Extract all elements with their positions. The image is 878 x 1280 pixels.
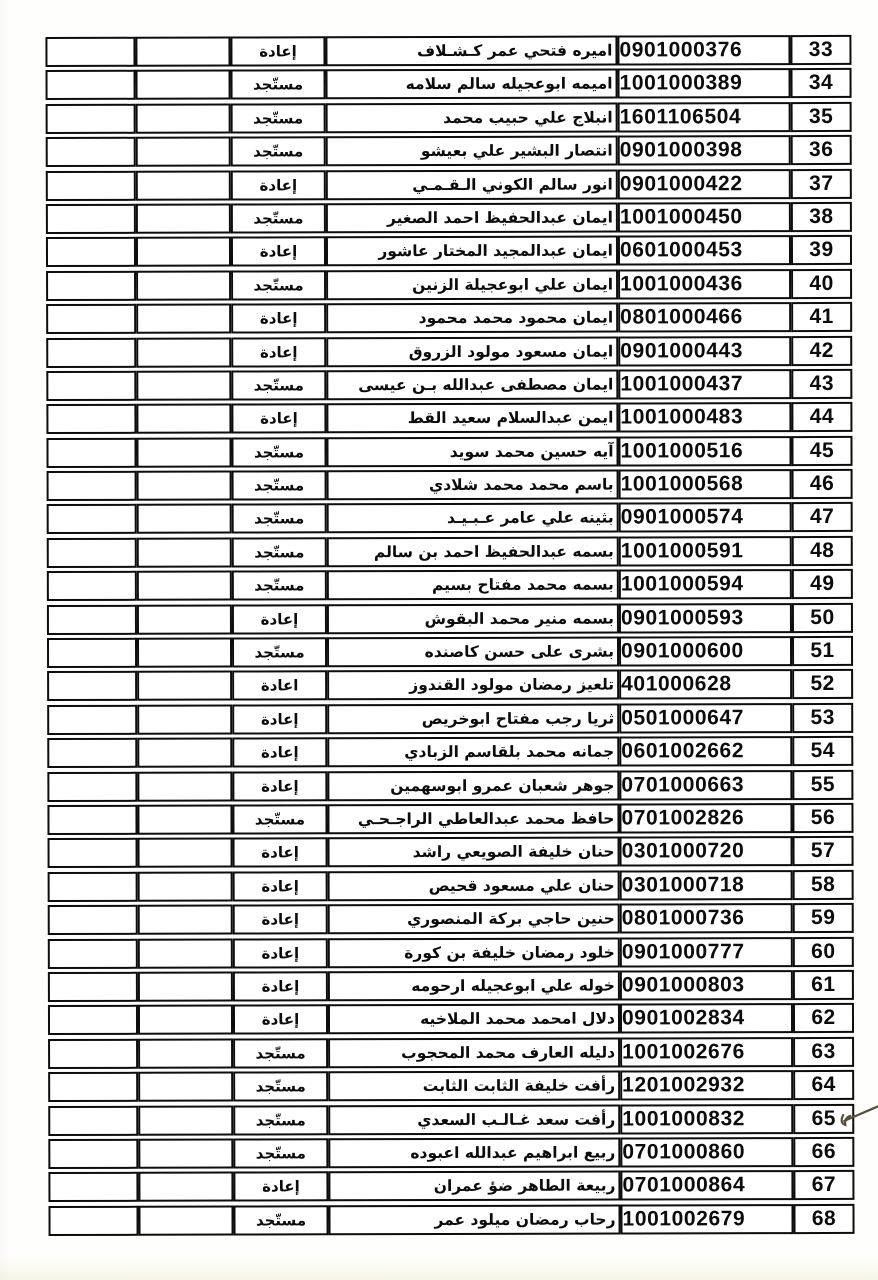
empty-cell <box>47 805 137 835</box>
status-cell: إعادة <box>233 904 328 934</box>
student-id-cell: 0701000864 <box>620 1170 793 1200</box>
status-cell: مستّجد <box>231 270 326 300</box>
table-row: 62 0901002834 دلال امحمد محمد الملاخيه إ… <box>48 1003 854 1035</box>
student-id-cell: 0901000777 <box>620 937 793 967</box>
empty-cell <box>136 304 231 334</box>
empty-cell <box>138 1138 233 1168</box>
empty-cell <box>48 1105 138 1135</box>
student-id-cell: 401000628 <box>619 669 792 699</box>
status-cell: إعادة <box>233 938 328 968</box>
student-id-cell: 1001000450 <box>618 202 791 232</box>
student-id-cell: 0901000376 <box>617 35 790 65</box>
student-id-cell: 0901000574 <box>619 503 792 533</box>
student-name-cell: ايمان مسعود مولود الزروق <box>326 336 618 367</box>
table-row: 59 0801000736 حنين حاجي بركة المنصوري إع… <box>48 903 854 935</box>
student-name-cell: ايمن عبدالسلام سعيد القط <box>326 403 618 434</box>
student-name-cell: تلعيز رمضان مولود القندوز <box>327 670 619 701</box>
row-number-cell: 63 <box>793 1037 854 1067</box>
student-id-cell: 0901000443 <box>618 336 791 366</box>
student-name-cell: انتصار البشير علي بعيشو <box>326 136 618 167</box>
empty-cell <box>138 1172 233 1202</box>
status-cell: مستّجد <box>233 1038 328 1068</box>
empty-cell <box>47 471 137 501</box>
row-number-cell: 48 <box>792 536 853 566</box>
empty-cell <box>46 337 136 367</box>
empty-cell <box>46 304 136 334</box>
row-number-cell: 57 <box>793 836 854 866</box>
student-id-cell: 1601106504 <box>618 102 791 132</box>
student-name-cell: آيه حسين محمد سويد <box>326 436 618 467</box>
row-number-cell: 53 <box>792 703 853 733</box>
student-table: 33 0901000376 اميره فتحي عمر كـشـلاف إعا… <box>45 35 854 1239</box>
table-row: 47 0901000574 بثينه علي عامر عـبـيـد مست… <box>47 502 853 534</box>
status-cell: مستّجد <box>232 571 327 601</box>
table-row: 55 0701000663 جوهر شعبان عمرو ابوسهمين إ… <box>47 770 853 802</box>
empty-cell <box>136 70 231 100</box>
row-number-cell: 46 <box>792 469 853 499</box>
empty-cell <box>47 738 137 768</box>
empty-cell <box>136 103 231 133</box>
empty-cell <box>138 1072 233 1102</box>
empty-cell <box>47 638 137 668</box>
empty-cell <box>138 1205 233 1235</box>
status-cell: مستّجد <box>232 637 327 667</box>
table-row: 57 0301000720 حنان خليفة الصويعي راشد إع… <box>48 836 854 868</box>
empty-cell <box>47 671 137 701</box>
student-id-cell: 1001000516 <box>618 436 791 466</box>
table-row: 61 0901000803 خوله علي ابوعجيله ارحومه إ… <box>48 970 854 1002</box>
scanned-sheet: 33 0901000376 اميره فتحي عمر كـشـلاف إعا… <box>0 0 878 1280</box>
empty-cell <box>136 404 231 434</box>
row-number-cell: 68 <box>793 1204 854 1234</box>
student-id-cell: 0301000718 <box>620 870 793 900</box>
empty-cell <box>136 437 231 467</box>
row-number-cell: 56 <box>792 803 853 833</box>
student-name-cell: ربيعة الطاهر ضؤ عمران <box>328 1171 620 1202</box>
empty-cell <box>137 604 232 634</box>
status-cell: إعادة <box>231 404 326 434</box>
status-cell: مستّجد <box>231 70 326 100</box>
status-cell: إعادة <box>231 337 326 367</box>
table-row: 66 0701000860 ربيع ابراهيم عبدالله اعبود… <box>48 1137 854 1169</box>
row-number-cell: 66 <box>793 1137 854 1167</box>
table-row: 41 0801000466 ايمان محمود محمد محمود إعا… <box>46 302 852 334</box>
table-row: 67 0701000864 ربيعة الطاهر ضؤ عمران إعاد… <box>48 1170 854 1202</box>
empty-cell <box>138 1105 233 1135</box>
student-name-cell: بسمه منير محمد البقوش <box>327 603 619 634</box>
scanned-document-page: { "page": { "background_color": "#fefefd… <box>0 0 878 1280</box>
student-id-cell: 1001002676 <box>620 1037 793 1067</box>
student-name-cell: بسمه عبدالحفيظ احمد بن سالم <box>327 536 619 567</box>
table-row: 43 1001000437 ايمان مصطفى عبدالله بـن عي… <box>46 369 852 401</box>
row-number-cell: 38 <box>791 202 852 232</box>
empty-cell <box>47 571 137 601</box>
table-row: 53 0501000647 ثريا رجب مفتاح ابوخريص إعا… <box>47 703 853 735</box>
empty-cell <box>46 437 136 467</box>
student-id-cell: 1001000436 <box>618 269 791 299</box>
student-name-cell: ايمان محمود محمد محمود <box>326 303 618 334</box>
student-id-cell: 0801000466 <box>618 302 791 332</box>
empty-cell <box>137 738 232 768</box>
student-id-cell: 1001000568 <box>619 469 792 499</box>
status-cell: إعادة <box>232 604 327 634</box>
student-name-cell: حنين حاجي بركة المنصوري <box>328 904 620 935</box>
empty-cell <box>48 1072 138 1102</box>
status-cell: مستّجد <box>233 1138 328 1168</box>
student-name-cell: خوله علي ابوعجيله ارحومه <box>328 970 620 1001</box>
table-row: 52 401000628 تلعيز رمضان مولود القندوز ا… <box>47 669 853 701</box>
table-row: 38 1001000450 ايمان عبدالحفيظ احمد الصغي… <box>46 202 852 234</box>
row-number-cell: 67 <box>793 1170 854 1200</box>
row-number-cell: 51 <box>792 636 853 666</box>
row-number-cell: 43 <box>791 369 852 399</box>
status-cell: إعادة <box>233 871 328 901</box>
empty-cell <box>137 504 232 534</box>
table-row: 48 1001000591 بسمه عبدالحفيظ احمد بن سال… <box>47 536 853 568</box>
table-row: 65 1001000832 رأفت سعد غـالـب السعدي مست… <box>48 1103 854 1135</box>
empty-cell <box>46 404 136 434</box>
table-row: 60 0901000777 خلود رمضان خليفة بن كورة إ… <box>48 936 854 968</box>
row-number-cell: 41 <box>791 302 852 332</box>
table-row: 34 1001000389 اميمه ابوعجيله سالم سلامه … <box>46 68 852 100</box>
empty-cell <box>46 104 136 134</box>
student-id-cell: 0901000593 <box>619 603 792 633</box>
empty-cell <box>48 938 138 968</box>
student-name-cell: بسمه محمد مفتاح بسيم <box>327 570 619 601</box>
student-name-cell: خلود رمضان خليفة بن كورة <box>328 937 620 968</box>
empty-cell <box>135 37 230 67</box>
table-row: 58 0301000718 حنان علي مسعود قحيص إعادة <box>48 870 854 902</box>
student-name-cell: اميره فتحي عمر كـشـلاف <box>325 36 617 67</box>
student-id-cell: 1001000437 <box>618 369 791 399</box>
empty-cell <box>46 371 136 401</box>
student-id-cell: 0901000398 <box>618 135 791 165</box>
empty-cell <box>45 37 135 67</box>
empty-cell <box>46 137 136 167</box>
row-number-cell: 45 <box>791 436 852 466</box>
empty-cell <box>48 1172 138 1202</box>
table-row: 35 1601106504 انبلاج علي حبيب محمد مستّج… <box>46 102 852 134</box>
student-name-cell: حنان خليفة الصويعي راشد <box>328 837 620 868</box>
row-number-cell: 59 <box>793 903 854 933</box>
row-number-cell: 33 <box>790 35 851 65</box>
table-row: 45 1001000516 آيه حسين محمد سويد مستّجد <box>46 436 852 468</box>
empty-cell <box>137 704 232 734</box>
row-number-cell: 61 <box>793 970 854 1000</box>
status-cell: مستّجد <box>233 1105 328 1135</box>
student-id-cell: 0601002662 <box>619 736 792 766</box>
table-row: 33 0901000376 اميره فتحي عمر كـشـلاف إعا… <box>45 35 851 67</box>
table-row: 42 0901000443 ايمان مسعود مولود الزروق إ… <box>46 335 852 367</box>
status-cell: إعادة <box>232 704 327 734</box>
empty-cell <box>138 1005 233 1035</box>
student-name-cell: ايمان عبدالمجيد المختار عاشور <box>326 236 618 267</box>
empty-cell <box>48 838 138 868</box>
table-row: 51 0901000600 بشرى على حسن كاصنده مستّجد <box>47 636 853 668</box>
table-row: 44 1001000483 ايمن عبدالسلام سعيد القط إ… <box>46 402 852 434</box>
row-number-cell: 35 <box>791 102 852 132</box>
status-cell: إعادة <box>232 771 327 801</box>
empty-cell <box>136 137 231 167</box>
empty-cell <box>48 872 138 902</box>
row-number-cell: 50 <box>792 603 853 633</box>
empty-cell <box>137 571 232 601</box>
student-id-cell: 0501000647 <box>619 703 792 733</box>
empty-cell <box>46 170 136 200</box>
empty-cell <box>136 337 231 367</box>
table-row: 64 1201002932 رأفت خليفة الثابت الثابت م… <box>48 1070 854 1102</box>
student-id-cell: 1201002932 <box>620 1070 793 1100</box>
empty-cell <box>137 638 232 668</box>
empty-cell <box>138 871 233 901</box>
row-number-cell: 58 <box>793 870 854 900</box>
row-number-cell: 47 <box>792 502 853 532</box>
empty-cell <box>138 1038 233 1068</box>
student-id-cell: 1001000389 <box>618 68 791 98</box>
row-number-cell: 55 <box>792 770 853 800</box>
row-number-cell: 40 <box>791 269 852 299</box>
status-cell: مستّجد <box>232 504 327 534</box>
table-row: 40 1001000436 ايمان علي ابوعجيلة الزنين … <box>46 269 852 301</box>
student-name-cell: دلال امحمد محمد الملاخيه <box>328 1004 620 1035</box>
student-name-cell: ثريا رجب مفتاح ابوخريص <box>327 703 619 734</box>
student-id-cell: 0901000600 <box>619 636 792 666</box>
table-row: 68 1001002679 رحاب رمضان ميلود عمر مستّج… <box>48 1204 854 1236</box>
student-id-cell: 0901000803 <box>620 970 793 1000</box>
status-cell: إعادة <box>231 170 326 200</box>
status-cell: إعادة <box>233 838 328 868</box>
student-id-cell: 1001000594 <box>619 569 792 599</box>
student-id-cell: 1001000832 <box>620 1104 793 1134</box>
empty-cell <box>46 237 136 267</box>
student-name-cell: جوهر شعبان عمرو ابوسهمين <box>327 770 619 801</box>
student-name-cell: حافظ محمد عبدالعاطي الراجـحـي <box>327 804 619 835</box>
row-number-cell: 52 <box>792 669 853 699</box>
status-cell: إعادة <box>231 303 326 333</box>
empty-cell <box>47 604 137 634</box>
status-cell: مستّجد <box>231 203 326 233</box>
student-name-cell: جمانه محمد بلقاسم الزبادي <box>327 737 619 768</box>
empty-cell <box>47 538 137 568</box>
empty-cell <box>47 705 137 735</box>
student-name-cell: بثينه علي عامر عـبـيـد <box>327 503 619 534</box>
student-id-cell: 0701000663 <box>619 770 792 800</box>
row-number-cell: 44 <box>791 402 852 432</box>
empty-cell <box>136 203 231 233</box>
student-name-cell: انبلاج علي حبيب محمد <box>326 102 618 133</box>
status-cell: مستّجد <box>231 103 326 133</box>
table-row: 39 0601000453 ايمان عبدالمجيد المختار عا… <box>46 235 852 267</box>
status-cell: مستّجد <box>231 136 326 166</box>
row-number-cell: 62 <box>793 1003 854 1033</box>
table-row: 63 1001002676 دليله العارف محمد المحجوب … <box>48 1037 854 1069</box>
empty-cell <box>47 771 137 801</box>
row-number-cell: 49 <box>792 569 853 599</box>
empty-cell <box>137 471 232 501</box>
table-row: 54 0601002662 جمانه محمد بلقاسم الزبادي … <box>47 736 853 768</box>
row-number-cell: 60 <box>793 936 854 966</box>
empty-cell <box>136 270 231 300</box>
status-cell: مستّجد <box>233 1071 328 1101</box>
empty-cell <box>137 671 232 701</box>
status-cell: إعادة <box>233 1005 328 1035</box>
status-cell: إعادة <box>231 237 326 267</box>
row-number-cell: 54 <box>792 736 853 766</box>
empty-cell <box>46 70 136 100</box>
empty-cell <box>136 237 231 267</box>
status-cell: إعادة <box>230 36 325 66</box>
empty-cell <box>136 370 231 400</box>
student-id-cell: 0901002834 <box>620 1003 793 1033</box>
status-cell: مستّجد <box>232 804 327 834</box>
row-number-cell: 34 <box>791 68 852 98</box>
student-id-cell: 1001000483 <box>618 402 791 432</box>
empty-cell <box>46 271 136 301</box>
pen-scribble-mark <box>835 1091 878 1135</box>
student-name-cell: اميمه ابوعجيله سالم سلامه <box>326 69 618 100</box>
table-row: 46 1001000568 باسم محمد محمد شلادي مستّج… <box>47 469 853 501</box>
status-cell: مستّجد <box>231 370 326 400</box>
student-name-cell: رأفت خليفة الثابت الثابت <box>328 1071 620 1102</box>
student-id-cell: 0701002826 <box>619 803 792 833</box>
row-number-cell: 39 <box>791 235 852 265</box>
student-name-cell: انور سالم الكوني الـقـمـي <box>326 169 618 200</box>
student-name-cell: دليله العارف محمد المحجوب <box>328 1037 620 1068</box>
empty-cell <box>48 972 138 1002</box>
status-cell: إعادة <box>233 1172 328 1202</box>
row-number-cell: 42 <box>791 335 852 365</box>
empty-cell <box>48 1005 138 1035</box>
status-cell: إعادة <box>233 971 328 1001</box>
table-row: 49 1001000594 بسمه محمد مفتاح بسيم مستّج… <box>47 569 853 601</box>
student-id-cell: 0801000736 <box>620 903 793 933</box>
empty-cell <box>136 170 231 200</box>
student-name-cell: ايمان علي ابوعجيلة الزنين <box>326 269 618 300</box>
row-number-cell: 37 <box>791 168 852 198</box>
student-id-cell: 1001002679 <box>620 1204 793 1234</box>
status-cell: مستّجد <box>231 437 326 467</box>
table-row: 37 0901000422 انور سالم الكوني الـقـمـي … <box>46 168 852 200</box>
student-id-cell: 1001000591 <box>619 536 792 566</box>
status-cell: مستّجد <box>233 1205 328 1235</box>
table-row: 56 0701002826 حافظ محمد عبدالعاطي الراجـ… <box>47 803 853 835</box>
status-cell: إعادة <box>232 737 327 767</box>
student-id-cell: 0701000860 <box>620 1137 793 1167</box>
empty-cell <box>138 905 233 935</box>
empty-cell <box>138 838 233 868</box>
empty-cell <box>47 504 137 534</box>
status-cell: مستّجد <box>232 470 327 500</box>
student-name-cell: حنان علي مسعود قحيص <box>328 870 620 901</box>
empty-cell <box>138 971 233 1001</box>
student-name-cell: باسم محمد محمد شلادي <box>327 470 619 501</box>
empty-cell <box>137 771 232 801</box>
student-name-cell: ربيع ابراهيم عبدالله اعبوده <box>328 1137 620 1168</box>
empty-cell <box>137 537 232 567</box>
empty-cell <box>137 805 232 835</box>
table-row: 50 0901000593 بسمه منير محمد البقوش إعاد… <box>47 603 853 635</box>
student-name-cell: رأفت سعد غـالـب السعدي <box>328 1104 620 1135</box>
student-id-cell: 0601000453 <box>618 235 791 265</box>
student-id-cell: 0301000720 <box>620 836 793 866</box>
student-name-cell: ايمان مصطفى عبدالله بـن عيسى <box>326 369 618 400</box>
empty-cell <box>46 204 136 234</box>
student-name-cell: رحاب رمضان ميلود عمر <box>328 1204 620 1235</box>
empty-cell <box>138 938 233 968</box>
status-cell: مستّجد <box>232 537 327 567</box>
student-id-cell: 0901000422 <box>618 169 791 199</box>
student-name-cell: بشرى على حسن كاصنده <box>327 637 619 668</box>
empty-cell <box>48 905 138 935</box>
table-row: 36 0901000398 انتصار البشير علي بعيشو مس… <box>46 135 852 167</box>
row-number-cell: 36 <box>791 135 852 165</box>
student-name-cell: ايمان عبدالحفيظ احمد الصغير <box>326 202 618 233</box>
empty-cell <box>48 1039 138 1069</box>
status-cell: اعادة <box>232 671 327 701</box>
empty-cell <box>48 1205 138 1235</box>
empty-cell <box>48 1139 138 1169</box>
